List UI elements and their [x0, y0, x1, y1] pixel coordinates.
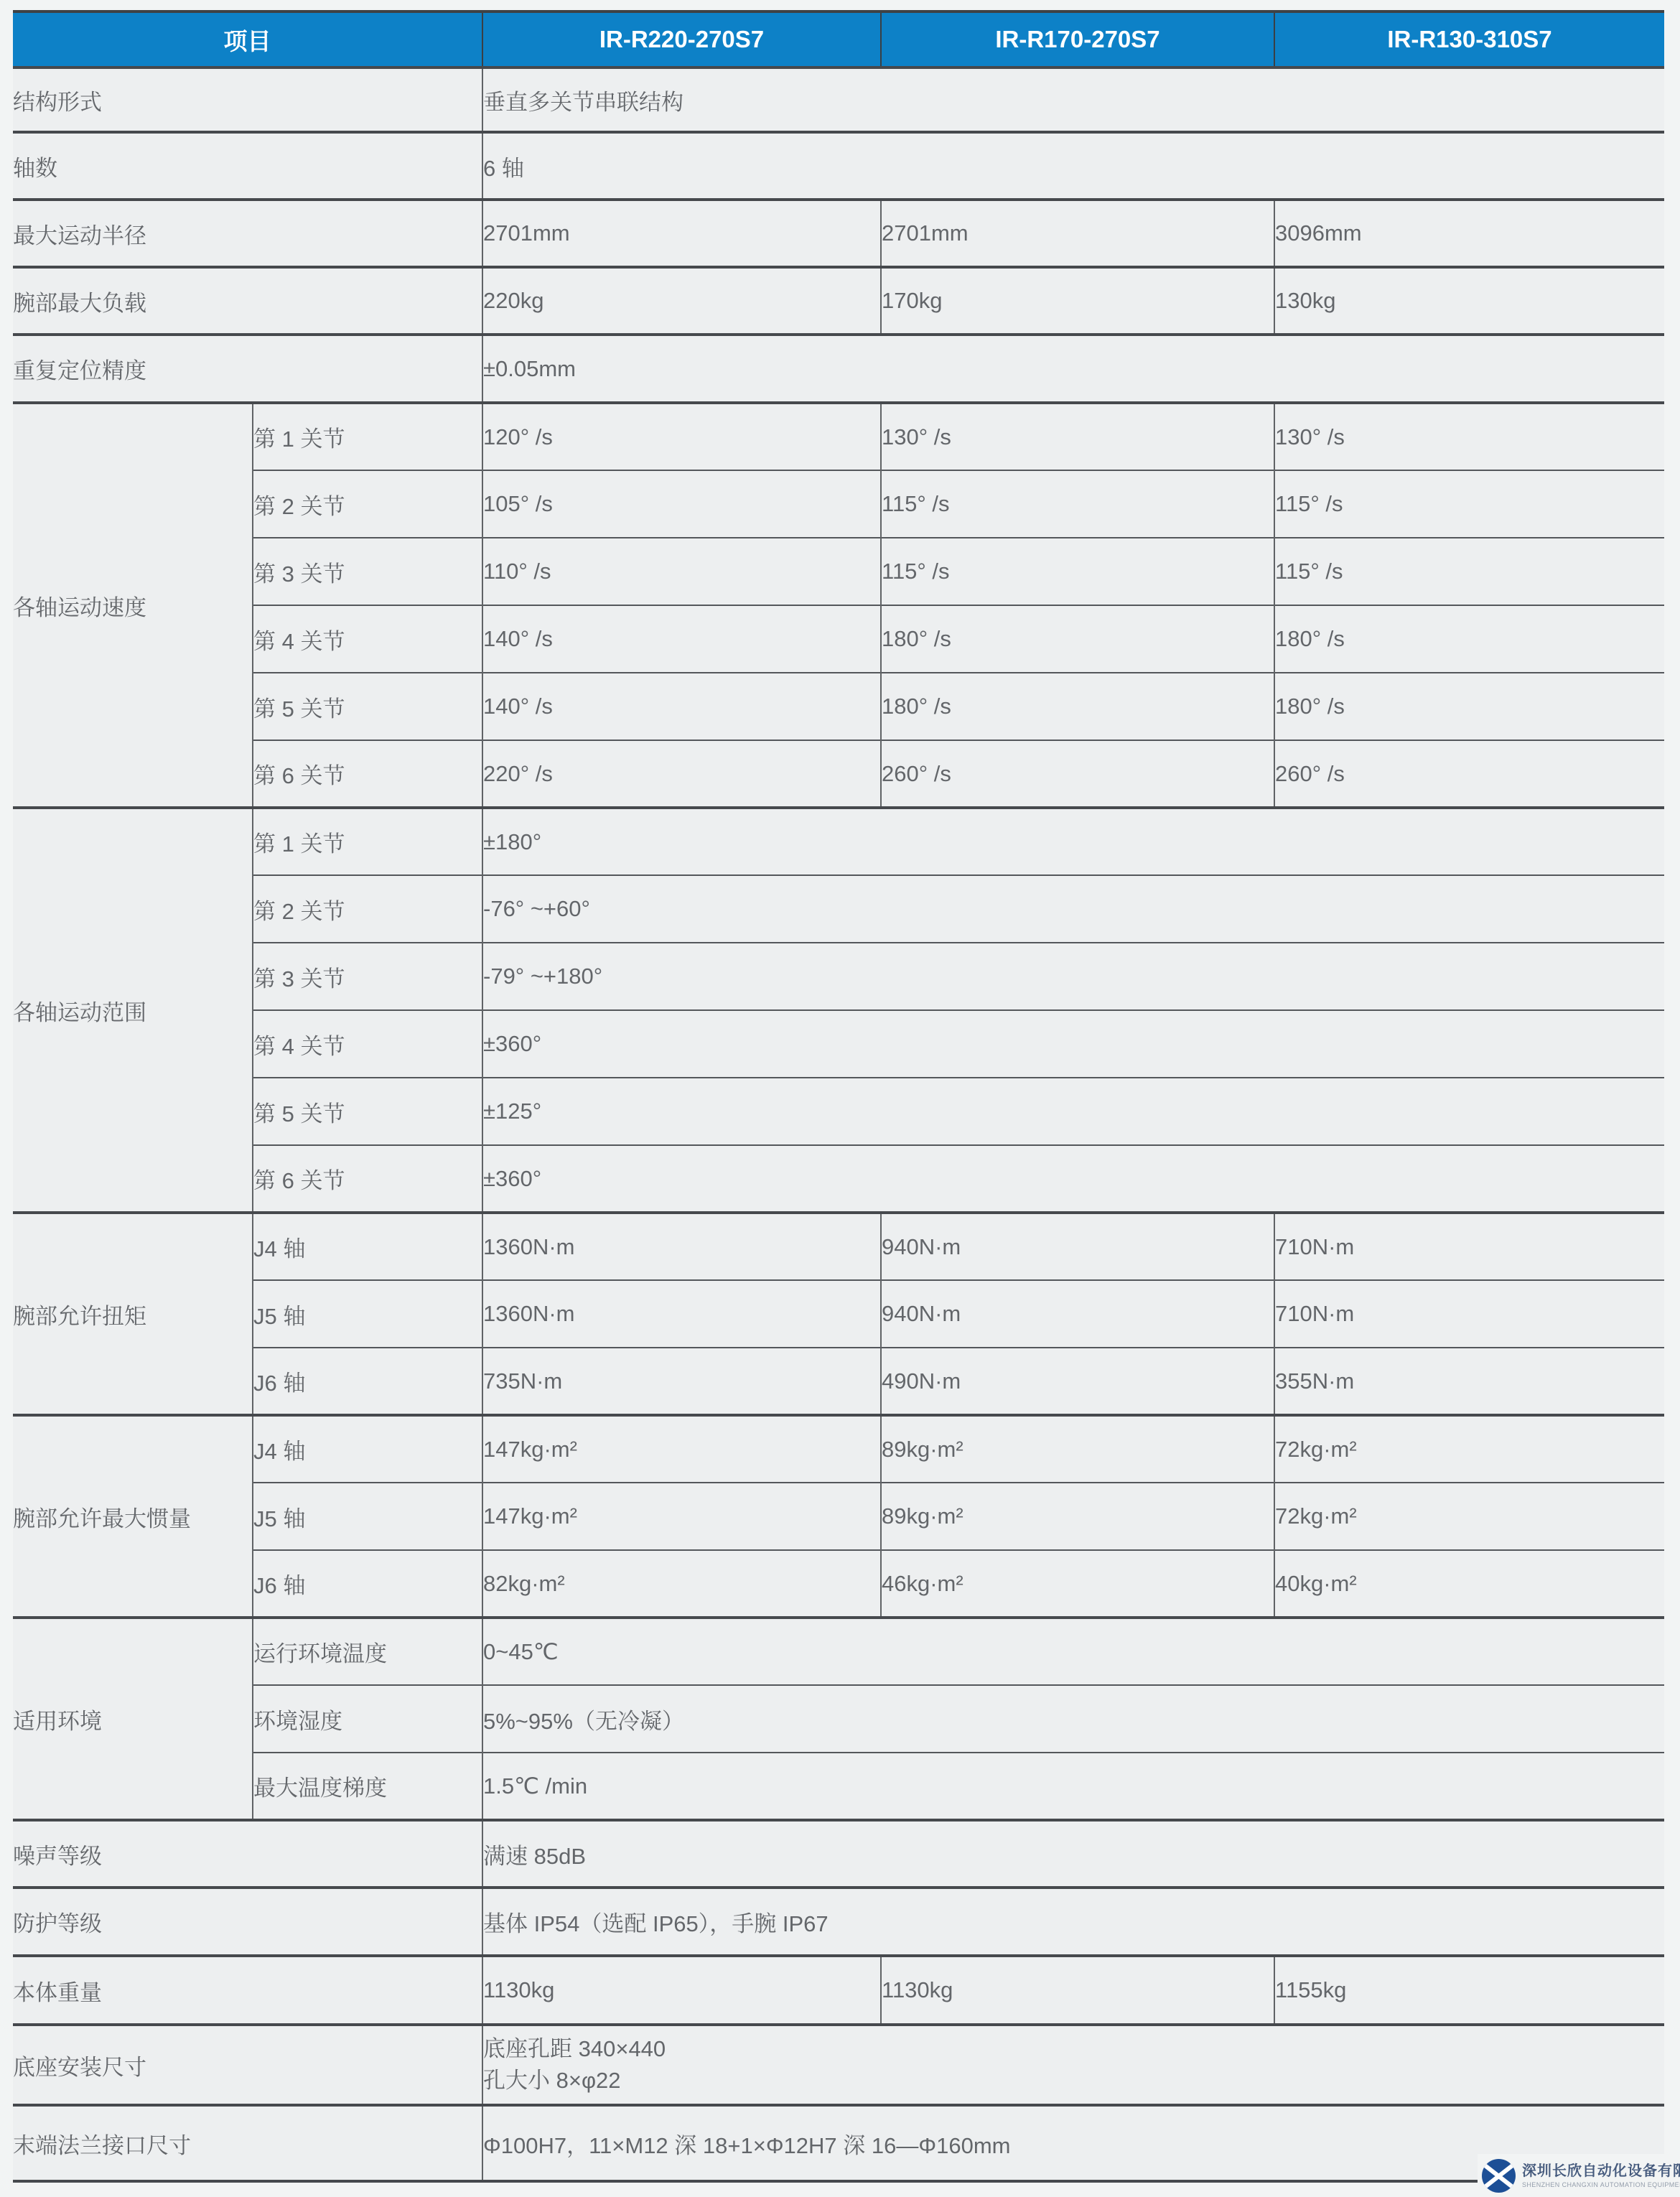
- row-label: 防护等级: [13, 1888, 482, 1956]
- cell-value: 满速 85dB: [482, 1820, 1664, 1888]
- row-sublabel: 第 4 关节: [253, 1010, 482, 1078]
- table-row: 腕部最大负载220kg170kg130kg: [13, 267, 1664, 335]
- row-group-label: 适用环境: [13, 1618, 253, 1820]
- table-row: 腕部允许扭矩J4 轴1360N·m940N·m710N·m: [13, 1213, 1664, 1280]
- cell-value: 82kg·m²: [482, 1550, 881, 1618]
- cell-value: ±0.05mm: [482, 335, 1664, 403]
- row-label: 轴数: [13, 132, 482, 200]
- row-label: 底座安装尺寸: [13, 2025, 482, 2105]
- row-label: 本体重量: [13, 1956, 482, 2025]
- table-row: 第 5 关节±125°: [13, 1078, 1664, 1145]
- cell-value: ±360°: [482, 1010, 1664, 1078]
- spec-table: 项目 IR-R220-270S7 IR-R170-270S7 IR-R130-3…: [13, 10, 1664, 2180]
- table-row: 第 2 关节105° /s115° /s115° /s: [13, 470, 1664, 538]
- row-group-label: 各轴运动范围: [13, 808, 253, 1213]
- table-row: 第 3 关节110° /s115° /s115° /s: [13, 538, 1664, 605]
- table-row: 环境湿度5%~95%（无冷凝）: [13, 1685, 1664, 1753]
- cell-value: 490N·m: [881, 1348, 1274, 1415]
- cell-value: ±360°: [482, 1145, 1664, 1213]
- cell-value: 5%~95%（无冷凝）: [482, 1685, 1664, 1753]
- cell-value: 130° /s: [1274, 403, 1664, 470]
- row-sublabel: J6 轴: [253, 1550, 482, 1618]
- spec-table-wrapper: 项目 IR-R220-270S7 IR-R170-270S7 IR-R130-3…: [13, 10, 1664, 2183]
- cell-value: 3096mm: [1274, 200, 1664, 267]
- table-row: 第 6 关节220° /s260° /s260° /s: [13, 740, 1664, 808]
- table-row: 第 3 关节-79° ~+180°: [13, 943, 1664, 1010]
- table-row: 第 4 关节140° /s180° /s180° /s: [13, 605, 1664, 673]
- header-item: 项目: [13, 11, 482, 67]
- row-sublabel: 第 2 关节: [253, 470, 482, 538]
- table-row: 第 2 关节-76° ~+60°: [13, 875, 1664, 943]
- cell-value: 710N·m: [1274, 1280, 1664, 1348]
- cell-value: 105° /s: [482, 470, 881, 538]
- cell-value: 130kg: [1274, 267, 1664, 335]
- cell-value: ±180°: [482, 808, 1664, 875]
- cell-value: 140° /s: [482, 673, 881, 740]
- table-bottom-border: [13, 2180, 1480, 2183]
- cell-value: 基体 IP54（选配 IP65），手腕 IP67: [482, 1888, 1664, 1956]
- cell-value: 115° /s: [1274, 538, 1664, 605]
- cell-value: 170kg: [881, 267, 1274, 335]
- row-group-label: 腕部允许最大惯量: [13, 1415, 253, 1618]
- cell-value: 1130kg: [482, 1956, 881, 2025]
- row-sublabel: 第 4 关节: [253, 605, 482, 673]
- row-sublabel: J5 轴: [253, 1483, 482, 1550]
- cell-value: 220kg: [482, 267, 881, 335]
- row-sublabel: 第 5 关节: [253, 1078, 482, 1145]
- row-sublabel: 第 6 关节: [253, 740, 482, 808]
- cell-value: 180° /s: [881, 673, 1274, 740]
- cell-value: 130° /s: [881, 403, 1274, 470]
- cell-value: 940N·m: [881, 1213, 1274, 1280]
- cell-value: 40kg·m²: [1274, 1550, 1664, 1618]
- table-row: 第 4 关节±360°: [13, 1010, 1664, 1078]
- table-row: 轴数6 轴: [13, 132, 1664, 200]
- cell-value: 1155kg: [1274, 1956, 1664, 2025]
- row-group-label: 各轴运动速度: [13, 403, 253, 808]
- row-sublabel: 第 5 关节: [253, 673, 482, 740]
- cell-value: 180° /s: [1274, 605, 1664, 673]
- cell-value: 147kg·m²: [482, 1415, 881, 1483]
- cell-value: 110° /s: [482, 538, 881, 605]
- row-sublabel: 第 1 关节: [253, 403, 482, 470]
- cell-value: 147kg·m²: [482, 1483, 881, 1550]
- company-logo-icon: [1482, 2159, 1516, 2193]
- table-row: 适用环境运行环境温度0~45℃: [13, 1618, 1664, 1685]
- row-sublabel: 第 2 关节: [253, 875, 482, 943]
- cell-value: 115° /s: [881, 470, 1274, 538]
- table-row: 最大运动半径2701mm2701mm3096mm: [13, 200, 1664, 267]
- cell-value: 89kg·m²: [881, 1483, 1274, 1550]
- cell-value: 1360N·m: [482, 1280, 881, 1348]
- row-sublabel: J6 轴: [253, 1348, 482, 1415]
- cell-value: 72kg·m²: [1274, 1415, 1664, 1483]
- cell-value: 1360N·m: [482, 1213, 881, 1280]
- row-sublabel: 环境湿度: [253, 1685, 482, 1753]
- company-name-cn: 深圳长欣自动化设备有限公司: [1522, 2162, 1680, 2180]
- cell-value: 115° /s: [881, 538, 1274, 605]
- cell-value: 2701mm: [881, 200, 1274, 267]
- table-row: 最大温度梯度1.5℃ /min: [13, 1753, 1664, 1820]
- table-row: 第 6 关节±360°: [13, 1145, 1664, 1213]
- row-sublabel: J5 轴: [253, 1280, 482, 1348]
- row-sublabel: 最大温度梯度: [253, 1753, 482, 1820]
- company-logo: 深圳长欣自动化设备有限公司 SHENZHEN CHANGXIN AUTOMATI…: [1478, 2154, 1680, 2197]
- table-row: 底座安装尺寸底座孔距 340×440孔大小 8×φ22: [13, 2025, 1664, 2105]
- cell-value: 底座孔距 340×440孔大小 8×φ22: [482, 2025, 1664, 2105]
- cell-value: 220° /s: [482, 740, 881, 808]
- cell-value: 89kg·m²: [881, 1415, 1274, 1483]
- header-row: 项目 IR-R220-270S7 IR-R170-270S7 IR-R130-3…: [13, 11, 1664, 67]
- cell-value: 140° /s: [482, 605, 881, 673]
- cell-value: 710N·m: [1274, 1213, 1664, 1280]
- cell-value: 2701mm: [482, 200, 881, 267]
- row-label: 最大运动半径: [13, 200, 482, 267]
- cell-value: 垂直多关节串联结构: [482, 67, 1664, 132]
- row-label: 噪声等级: [13, 1820, 482, 1888]
- cell-value: 0~45℃: [482, 1618, 1664, 1685]
- table-row: J6 轴735N·m490N·m355N·m: [13, 1348, 1664, 1415]
- cell-value: 115° /s: [1274, 470, 1664, 538]
- table-row: J5 轴1360N·m940N·m710N·m: [13, 1280, 1664, 1348]
- table-row: 腕部允许最大惯量J4 轴147kg·m²89kg·m²72kg·m²: [13, 1415, 1664, 1483]
- row-label: 结构形式: [13, 67, 482, 132]
- cell-value: 735N·m: [482, 1348, 881, 1415]
- cell-value: 355N·m: [1274, 1348, 1664, 1415]
- row-label: 末端法兰接口尺寸: [13, 2105, 482, 2180]
- header-model-1: IR-R220-270S7: [482, 11, 881, 67]
- row-sublabel: 第 3 关节: [253, 943, 482, 1010]
- table-row: J6 轴82kg·m²46kg·m²40kg·m²: [13, 1550, 1664, 1618]
- cell-value: 46kg·m²: [881, 1550, 1274, 1618]
- table-row: 第 5 关节140° /s180° /s180° /s: [13, 673, 1664, 740]
- table-row: 本体重量1130kg1130kg1155kg: [13, 1956, 1664, 2025]
- cell-value: 120° /s: [482, 403, 881, 470]
- row-sublabel: 运行环境温度: [253, 1618, 482, 1685]
- cell-value: 1.5℃ /min: [482, 1753, 1664, 1820]
- row-label: 重复定位精度: [13, 335, 482, 403]
- table-row: 各轴运动范围第 1 关节±180°: [13, 808, 1664, 875]
- table-row: 末端法兰接口尺寸Φ100H7，11×M12 深 18+1×Φ12H7 深 16—…: [13, 2105, 1664, 2180]
- cell-value: -79° ~+180°: [482, 943, 1664, 1010]
- cell-value: 260° /s: [1274, 740, 1664, 808]
- table-row: 结构形式垂直多关节串联结构: [13, 67, 1664, 132]
- table-row: 重复定位精度±0.05mm: [13, 335, 1664, 403]
- cell-value: 6 轴: [482, 132, 1664, 200]
- header-model-2: IR-R170-270S7: [881, 11, 1274, 67]
- table-row: 防护等级基体 IP54（选配 IP65），手腕 IP67: [13, 1888, 1664, 1956]
- row-label: 腕部最大负载: [13, 267, 482, 335]
- header-model-3: IR-R130-310S7: [1274, 11, 1664, 67]
- cell-value: 260° /s: [881, 740, 1274, 808]
- cell-value: 1130kg: [881, 1956, 1274, 2025]
- row-sublabel: 第 6 关节: [253, 1145, 482, 1213]
- row-sublabel: J4 轴: [253, 1415, 482, 1483]
- row-sublabel: 第 3 关节: [253, 538, 482, 605]
- cell-value: 940N·m: [881, 1280, 1274, 1348]
- row-sublabel: J4 轴: [253, 1213, 482, 1280]
- cell-value: ±125°: [482, 1078, 1664, 1145]
- company-name-en: SHENZHEN CHANGXIN AUTOMATION EQUIPMENT C…: [1522, 2180, 1680, 2189]
- table-row: 各轴运动速度第 1 关节120° /s130° /s130° /s: [13, 403, 1664, 470]
- cell-value: -76° ~+60°: [482, 875, 1664, 943]
- cell-value: 180° /s: [1274, 673, 1664, 740]
- cell-value: 72kg·m²: [1274, 1483, 1664, 1550]
- row-group-label: 腕部允许扭矩: [13, 1213, 253, 1415]
- table-row: 噪声等级满速 85dB: [13, 1820, 1664, 1888]
- row-sublabel: 第 1 关节: [253, 808, 482, 875]
- cell-value: 180° /s: [881, 605, 1274, 673]
- table-row: J5 轴147kg·m²89kg·m²72kg·m²: [13, 1483, 1664, 1550]
